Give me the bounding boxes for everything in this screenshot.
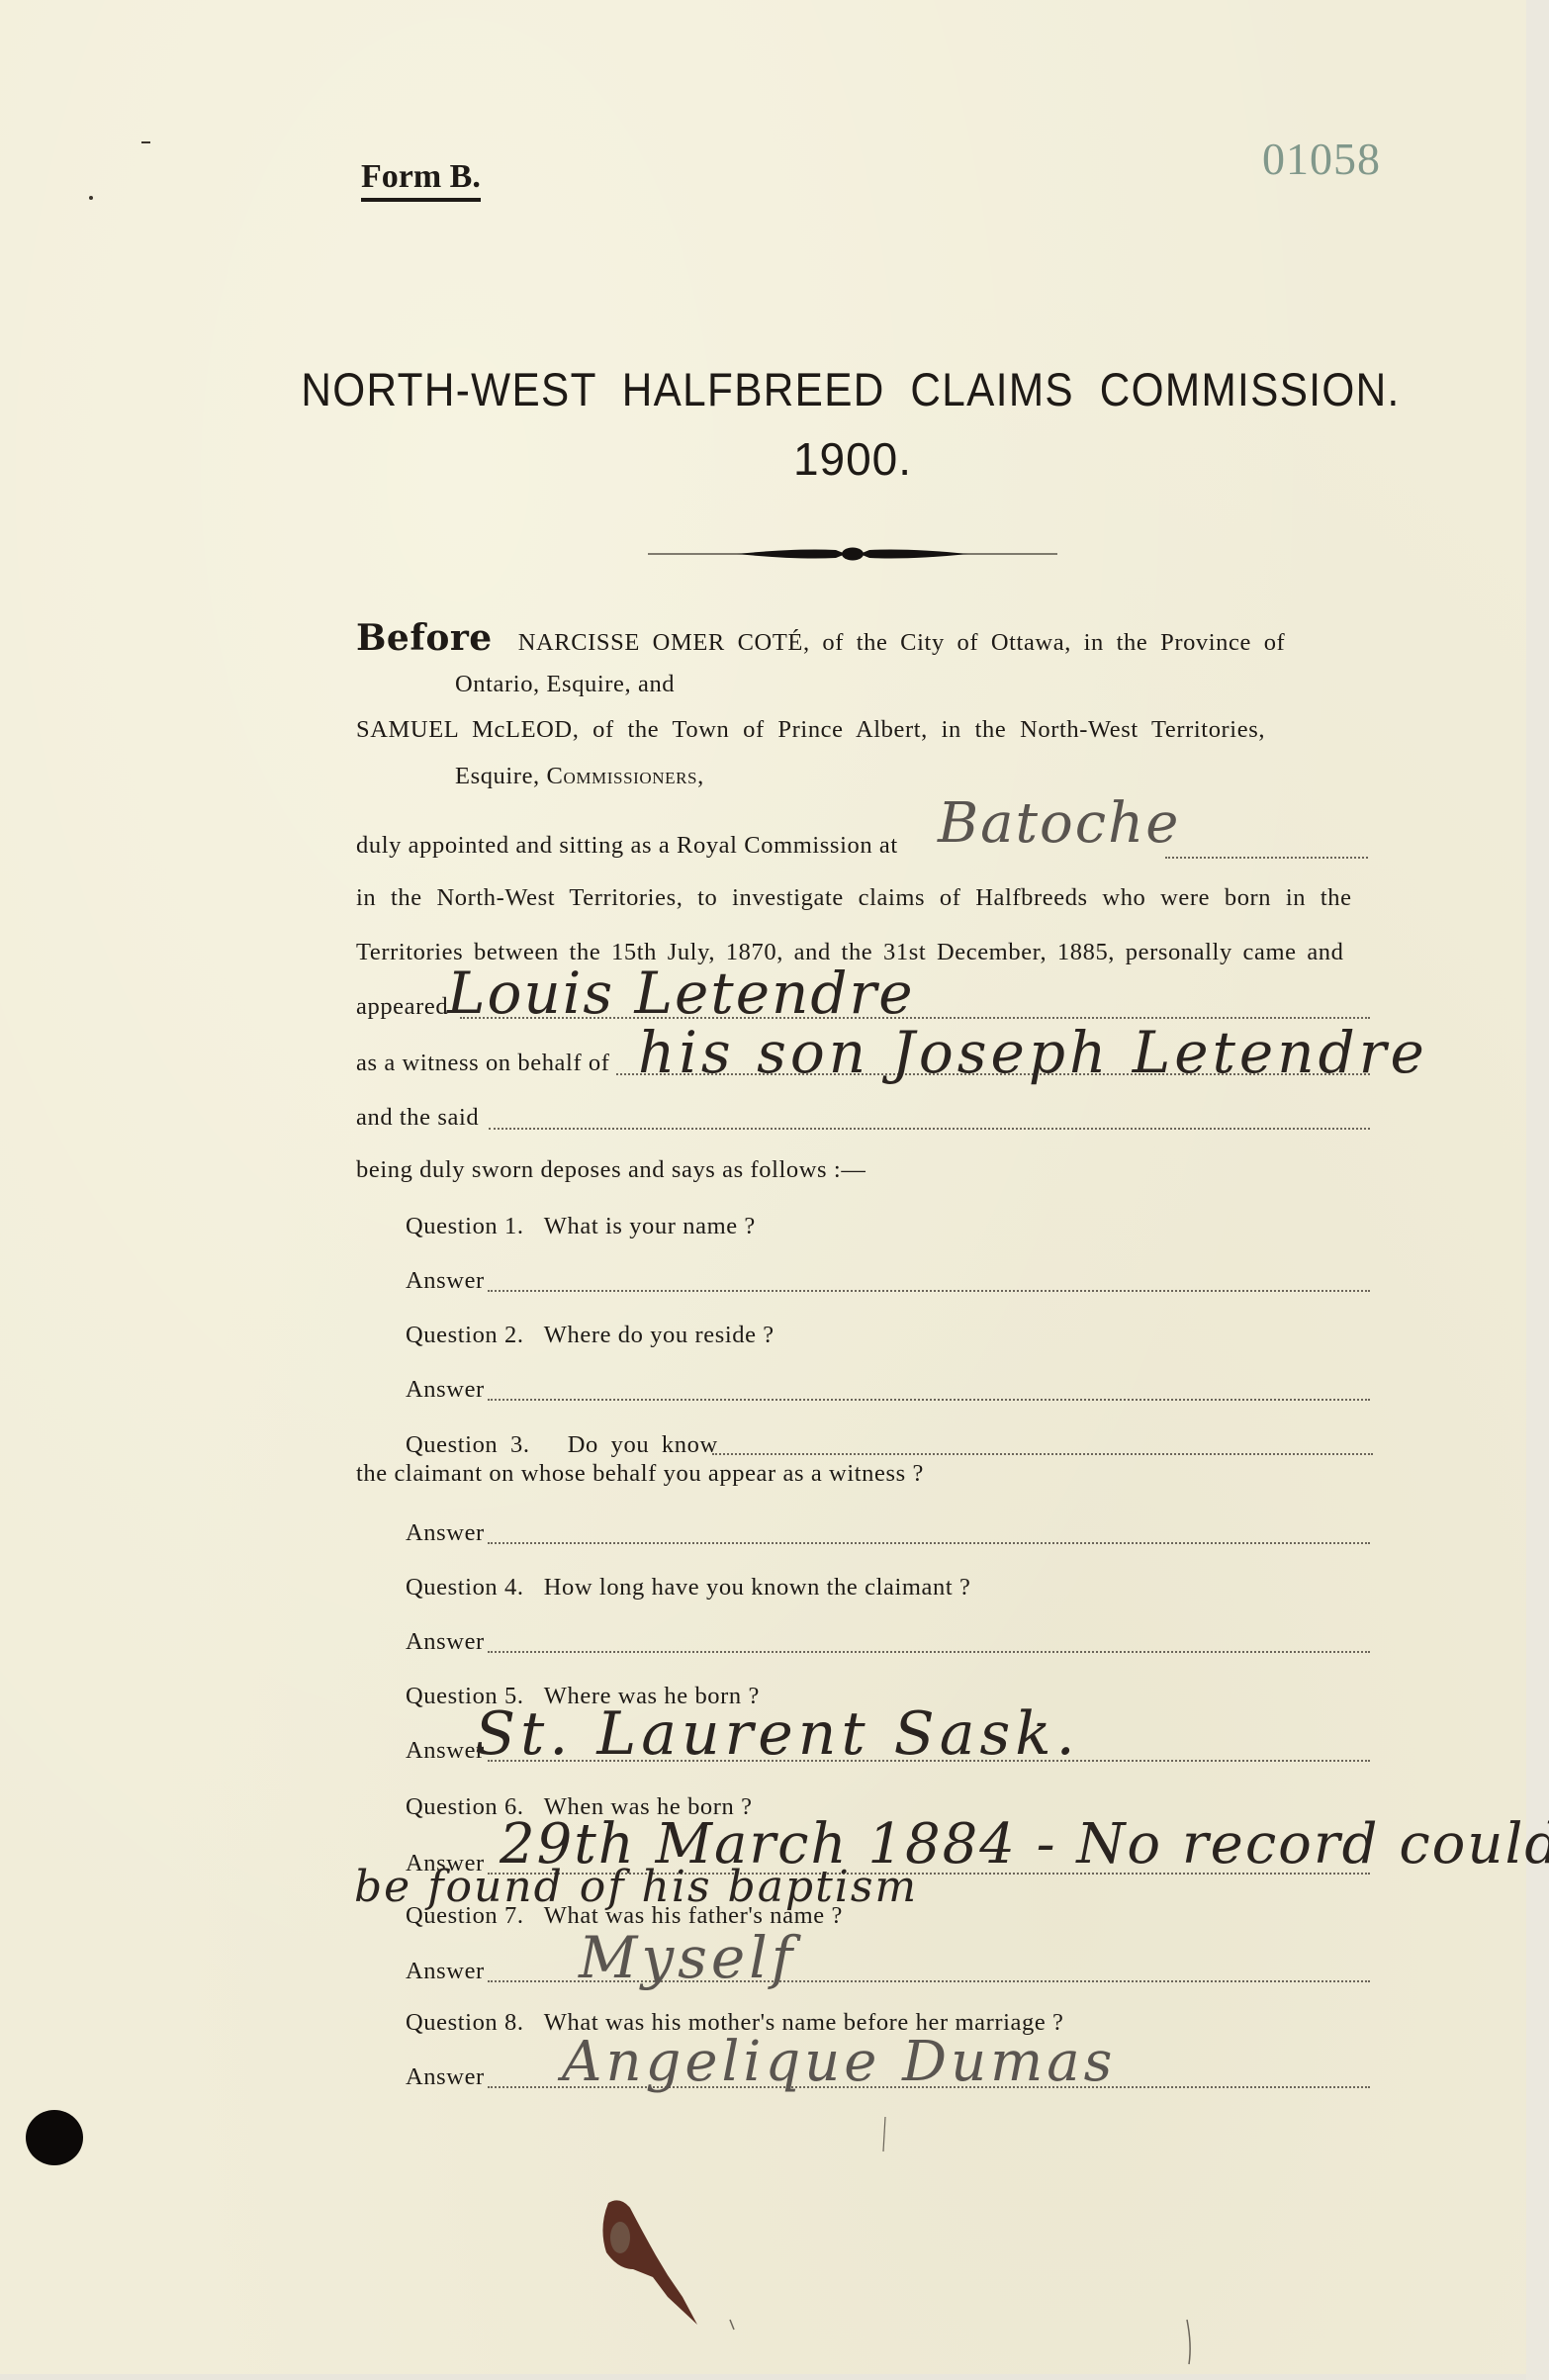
paper-marks bbox=[0, 0, 1549, 2380]
